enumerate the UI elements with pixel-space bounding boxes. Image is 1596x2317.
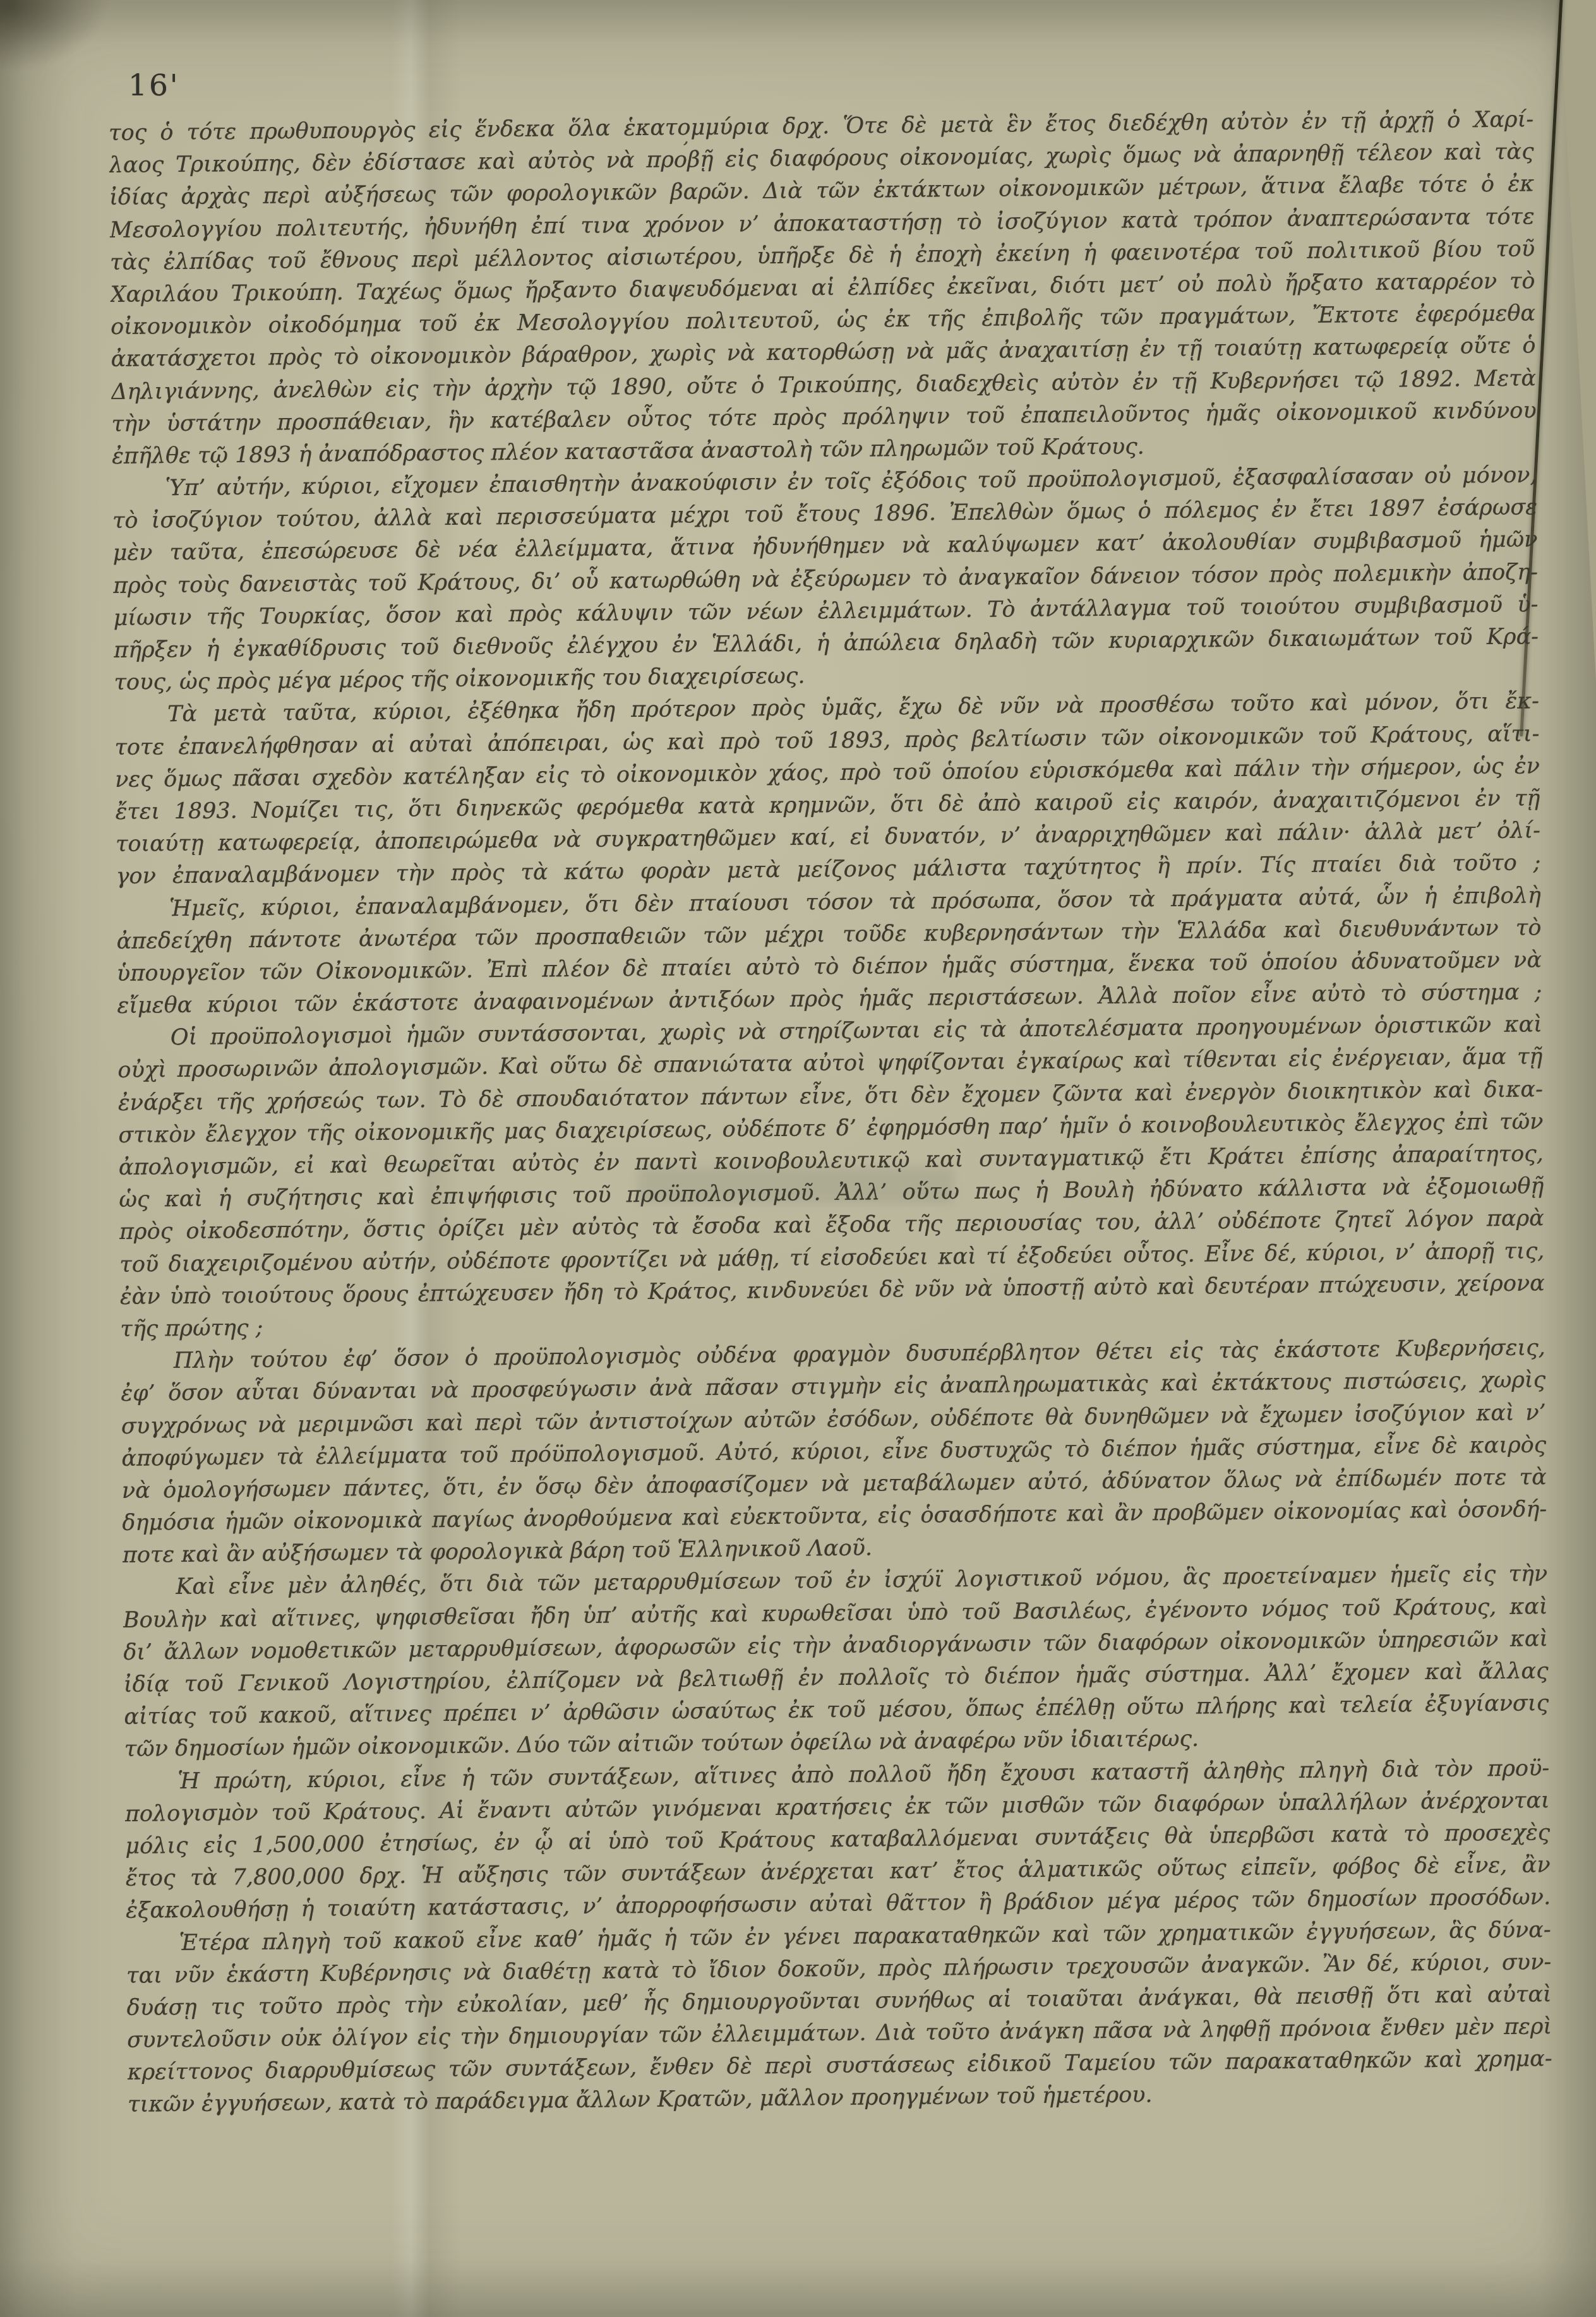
page-number: 16' bbox=[128, 68, 180, 103]
underlying-page-edge bbox=[1557, 0, 1596, 682]
corner-shadow bbox=[0, 0, 115, 76]
speech-text-block: τος ὁ τότε πρωθυπουργὸς εἰς ἕνδεκα ὅλα ἑ… bbox=[109, 104, 1552, 2121]
scanned-book-page: ’ 16' τος ὁ τότε πρωθυπουργὸς εἰς ἕνδεκα… bbox=[0, 0, 1596, 2317]
